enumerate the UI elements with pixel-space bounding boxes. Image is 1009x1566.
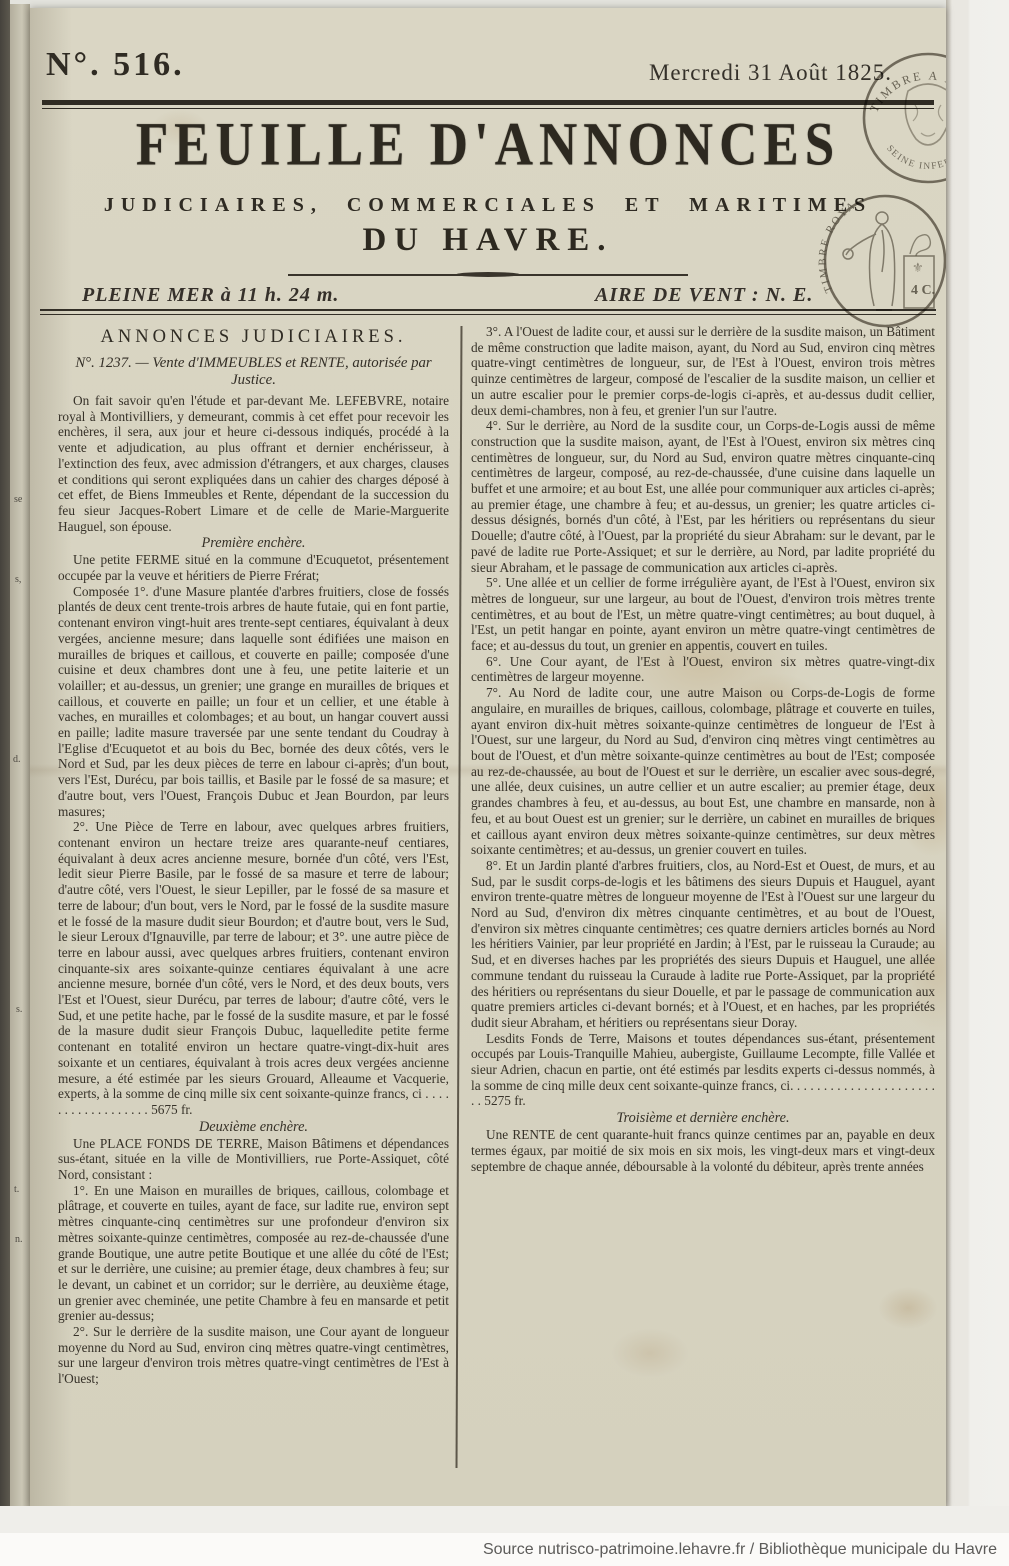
- svg-text:SEINE INFERIEURE: SEINE INFERIEURE: [853, 43, 946, 172]
- header-double-rule: [40, 309, 936, 315]
- left-column: ANNONCES JUDICIAIRES. N°. 1237. — Vente …: [58, 324, 449, 1387]
- tide-info: PLEINE MER à 11 h. 24 m.: [82, 284, 339, 307]
- issue-number: N°. 516.: [46, 46, 185, 84]
- paragraph: Une RENTE de cent quarante-huit francs q…: [471, 1127, 935, 1174]
- round-ink-stamp: TIMBRE A L'EXT SEINE INFERIEURE: [853, 43, 946, 193]
- auction-heading-third: Troisième et dernière enchère.: [471, 1110, 935, 1126]
- paragraph: Composée 1°. d'une Masure plantée d'arbr…: [58, 584, 449, 820]
- newspaper-subtitle-city: DU HAVRE.: [30, 222, 946, 259]
- paragraph: 2°. Sur le derrière de la susdite maison…: [58, 1324, 449, 1387]
- paragraph: 5°. Une allée et un cellier de forme irr…: [471, 575, 935, 654]
- newspaper-title: FEUILLE D'ANNONCES: [30, 110, 946, 180]
- svg-text:TIMBRE ROYAL.: TIMBRE ROYAL.: [818, 190, 859, 294]
- edge-text-fragment: se: [14, 494, 22, 505]
- auction-heading-first: Première enchère.: [58, 535, 449, 551]
- stamp-bottom-text: SEINE INFERIEURE: [853, 43, 946, 172]
- scanner-right-zone: [946, 0, 1009, 1533]
- paragraph: 1°. En une Maison en murailles de brique…: [58, 1183, 449, 1324]
- edge-text-fragment: s,: [15, 574, 21, 585]
- issue-date: Mercredi 31 Août 1825.: [570, 60, 892, 86]
- paragraph: 3°. A l'Ouest de ladite cour, et aussi s…: [471, 324, 935, 418]
- paragraph: 6°. Une Cour ayant, de l'Est à l'Ouest, …: [471, 654, 935, 685]
- paragraph: 2°. Une Pièce de Terre en labour, avec q…: [58, 819, 449, 1117]
- stamp-value: 4 C.: [911, 283, 935, 298]
- edge-text-fragment: t.: [14, 1184, 19, 1195]
- newspaper-page: N°. 516. Mercredi 31 Août 1825. FEUILLE …: [30, 8, 946, 1506]
- stamp-figure: [843, 212, 895, 310]
- stamp-pedestal: ⚜ 4 C.: [904, 235, 935, 308]
- adjacent-page-sliver: se s, d. s. t. n.: [10, 4, 30, 1510]
- newspaper-subtitle: JUDICIAIRES, COMMERCIALES ET MARITIMES: [30, 194, 946, 217]
- paragraph: 7°. Au Nord de ladite cour, une autre Ma…: [471, 685, 935, 858]
- paragraph: Lesdits Fonds de Terre, Maisons et toute…: [471, 1031, 935, 1110]
- auction-heading-second: Deuxième enchère.: [58, 1119, 449, 1135]
- edge-text-fragment: n.: [15, 1234, 23, 1245]
- scanner-bottom-strip: [0, 1506, 1009, 1533]
- paragraph: 8°. Et un Jardin planté d'arbres fruitie…: [471, 858, 935, 1031]
- source-credit-text: Source nutrisco-patrimoine.lehavre.fr / …: [483, 1541, 997, 1559]
- edge-text-fragment: s.: [16, 1004, 22, 1015]
- section-heading: ANNONCES JUDICIAIRES.: [58, 326, 449, 348]
- fleur-de-lis-icon: ⚜: [912, 260, 924, 275]
- decorative-spindle-rule: [288, 272, 688, 277]
- edge-text-fragment: d.: [13, 754, 21, 765]
- paragraph: Une PLACE FONDS DE TERRE, Maison Bâtimen…: [58, 1136, 449, 1183]
- masthead-rule: [42, 100, 934, 109]
- scan-left-edge: [0, 0, 10, 1514]
- lyre-icon: [910, 235, 930, 256]
- paragraph: 4°. Sur le derrière, au Nord de la susdi…: [471, 418, 935, 575]
- timbre-royal-stamp: ⚜ 4 C. TIMBRE ROYAL.: [818, 190, 946, 332]
- column-divider: [456, 326, 462, 1468]
- paragraph: Une petite FERME situé en la commune d'E…: [58, 552, 449, 583]
- right-column: 3°. A l'Ouest de ladite cour, et aussi s…: [471, 324, 935, 1174]
- wind-info: AIRE DE VENT : N. E.: [595, 284, 813, 307]
- notice-title: N°. 1237. — Vente d'IMMEUBLES et RENTE, …: [58, 355, 449, 389]
- stamp-side-text: TIMBRE ROYAL.: [818, 190, 859, 294]
- source-credit-bar: Source nutrisco-patrimoine.lehavre.fr / …: [0, 1533, 1009, 1566]
- paragraph: On fait savoir qu'en l'étude et par-deva…: [58, 393, 449, 534]
